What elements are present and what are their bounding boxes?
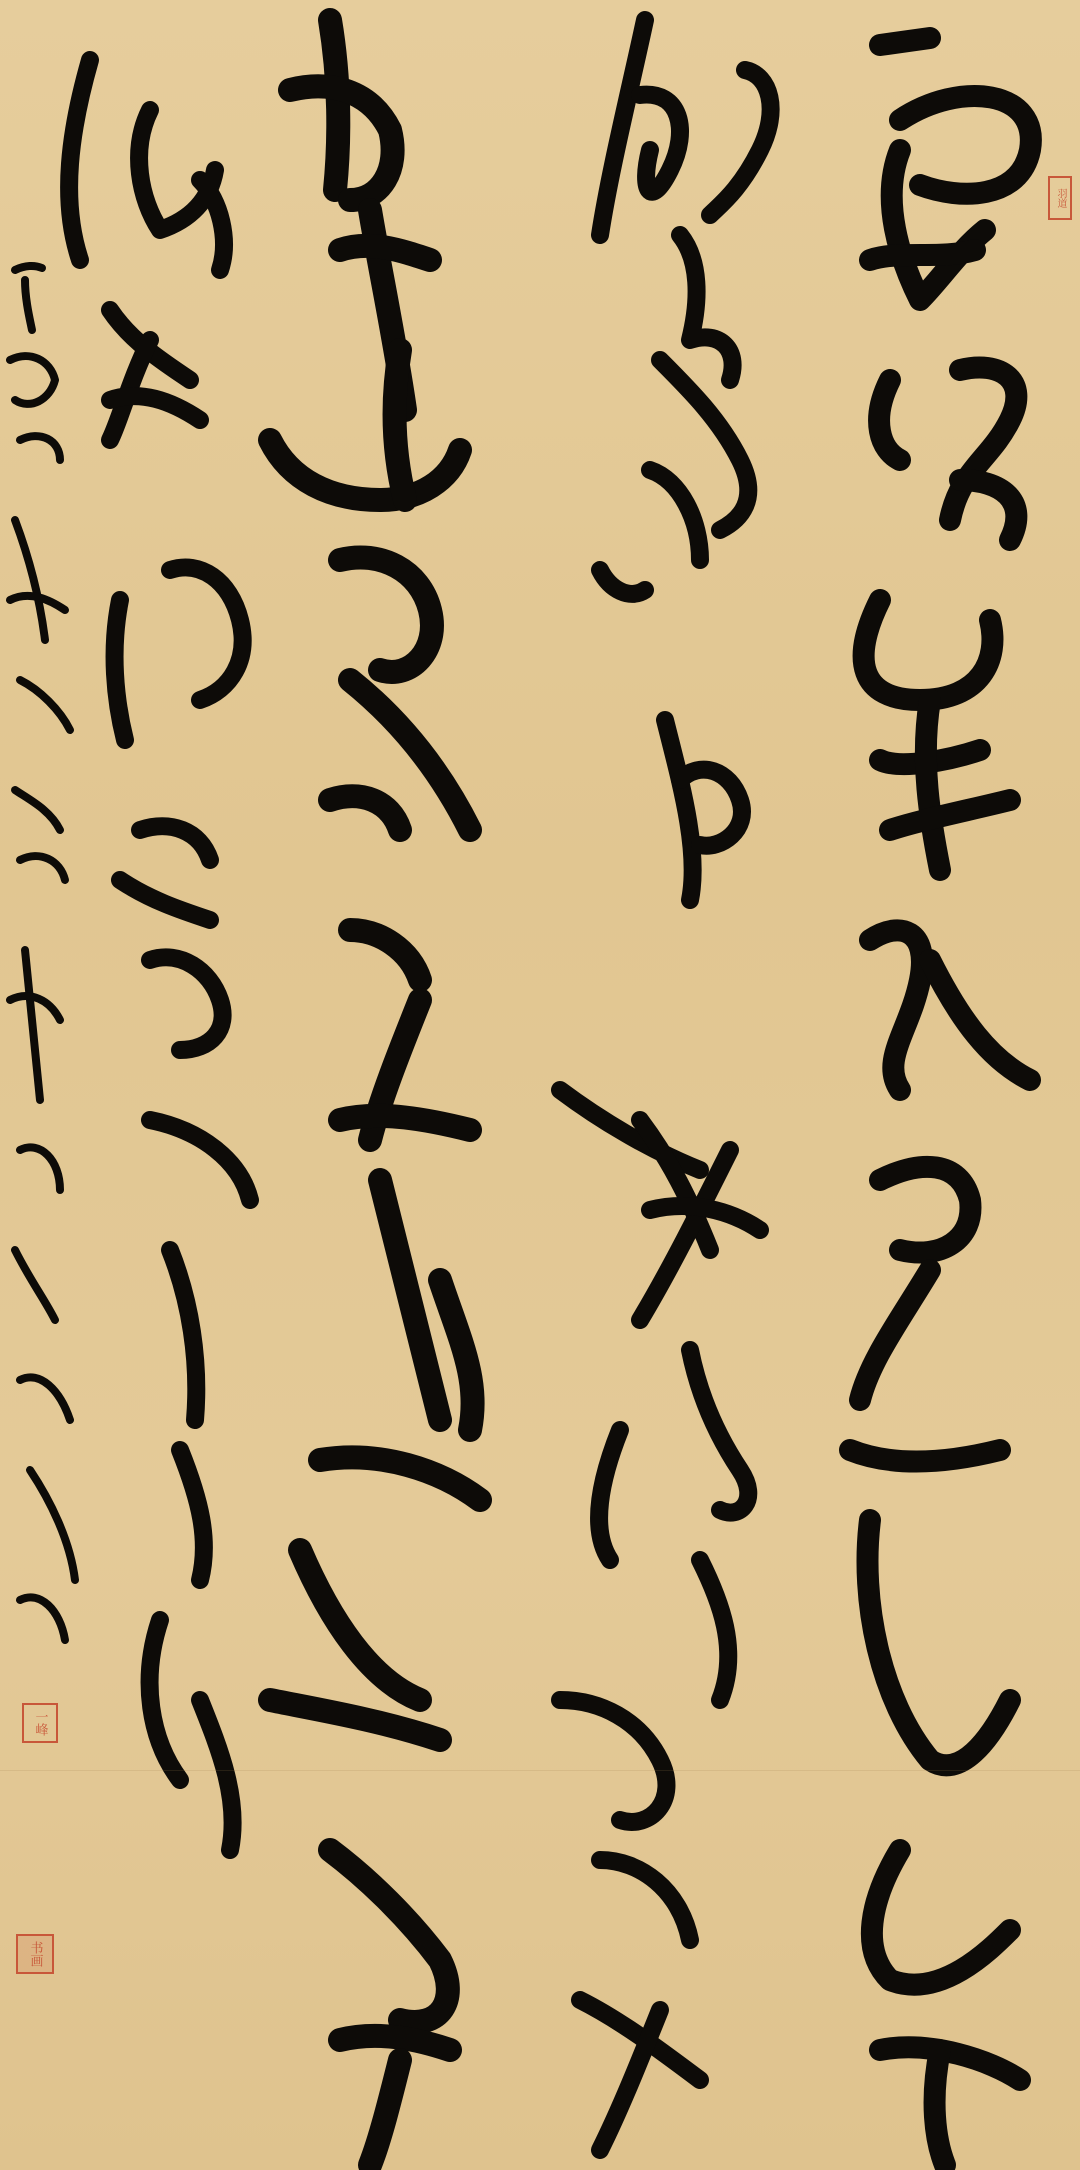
signature-text: 明阳 — [10, 1470, 96, 1590]
seal-text: 书画 — [29, 1941, 42, 1967]
column-1-text: 雨露滋藏树一家春意 — [733, 30, 1020, 1830]
calligraphy-scroll: 雨露滋藏树一家春意 影来深小风送人间花 杏花还是浙东春得以 海棠开风只今春 王安… — [0, 0, 1080, 2170]
column-4-text: 海棠开风只今春 — [60, 60, 318, 1320]
seal-left-bottom: 书画 — [16, 1934, 54, 1974]
seal-left-middle: 一峰 — [22, 1703, 58, 1743]
seal-text: 一峰 — [34, 1710, 47, 1736]
seal-text: 羽道 — [1055, 188, 1065, 208]
inscription-text: 王安石伤春一首 辛丑之春 书 — [0, 260, 86, 1018]
seal-top-right: 羽道 — [1048, 176, 1072, 220]
column-2-text: 影来深小风送人间花 — [463, 30, 750, 1830]
